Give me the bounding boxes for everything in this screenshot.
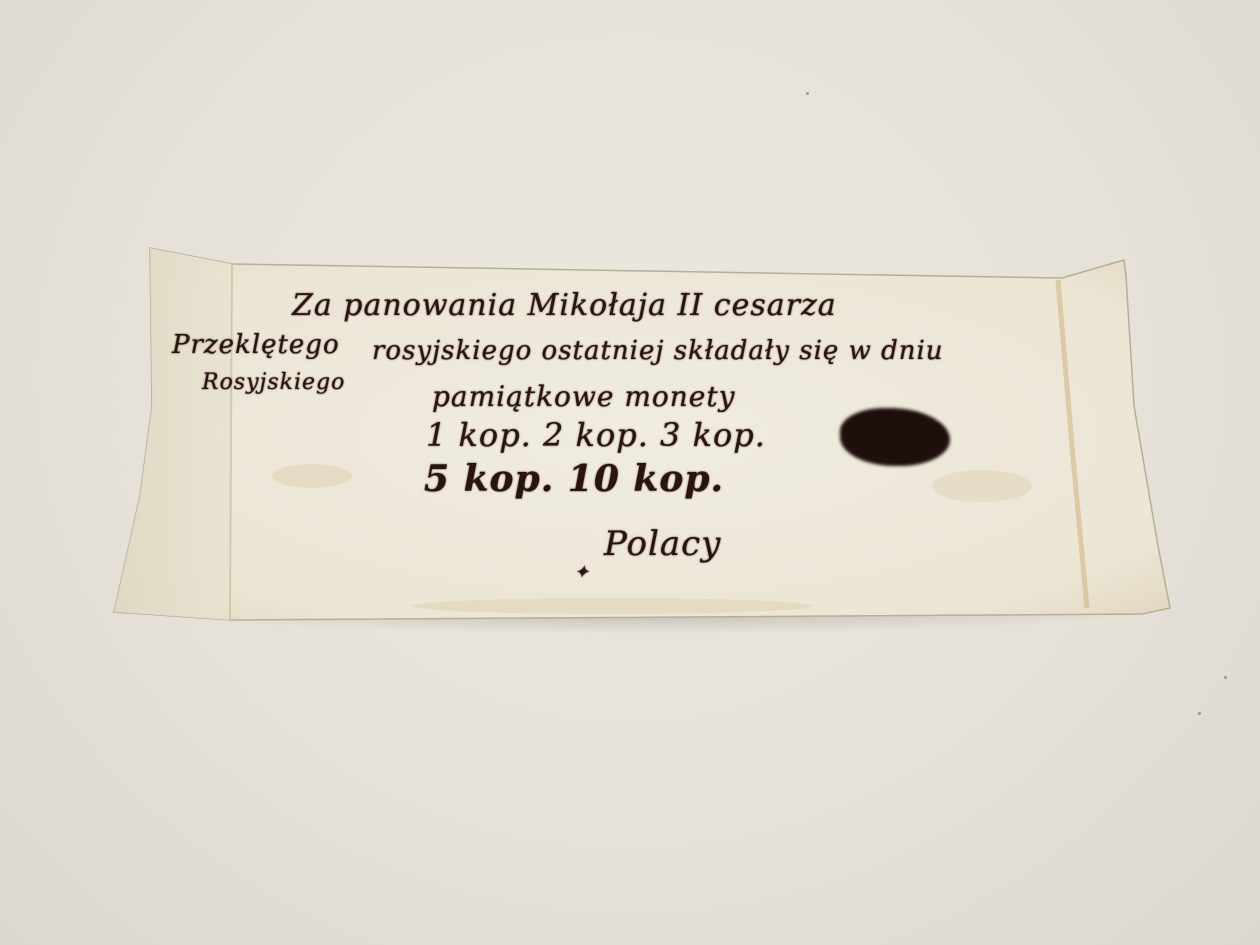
- handwritten-line-2a: Przeklętego: [172, 330, 340, 360]
- handwritten-line-1: Za panowania Mikołaja II cesarza: [292, 288, 837, 323]
- handwritten-line-2b: rosyjskiego ostatniej składały się w dni…: [372, 336, 944, 366]
- handwritten-line-5: 5 kop. 10 kop.: [424, 458, 724, 500]
- surface-speck: [806, 92, 809, 95]
- signature-polacy: Polacy: [604, 524, 721, 564]
- surface-speck: [1198, 712, 1201, 715]
- ink-mark: ✦: [574, 562, 590, 583]
- paper-slip: Za panowania Mikołaja II cesarza Przeklę…: [112, 246, 1172, 626]
- handwritten-line-4: 1 kop. 2 kop. 3 kop.: [426, 416, 766, 454]
- handwritten-line-3a: Rosyjskiego: [202, 370, 345, 395]
- handwritten-line-3b: pamiątkowe monety: [432, 380, 735, 413]
- surface-speck: [1224, 676, 1227, 679]
